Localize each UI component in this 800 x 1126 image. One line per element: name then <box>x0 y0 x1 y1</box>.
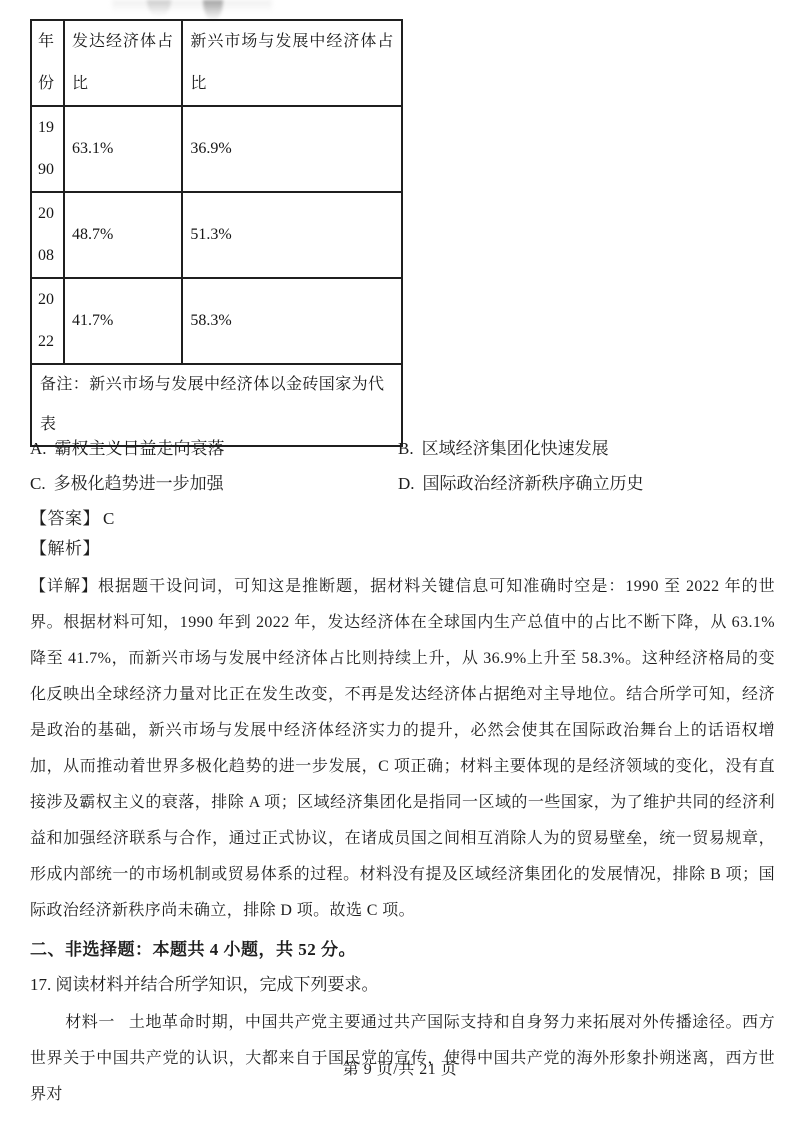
table-row: 2008 48.7% 51.3% <box>31 192 402 278</box>
options-row-1: A.霸权主义日益走向衰落 B.区域经济集团化快速发展 <box>30 437 775 472</box>
emerging-share-cell: 36.9% <box>182 106 402 192</box>
option-a: A.霸权主义日益走向衰落 <box>30 437 225 461</box>
option-d-text: 国际政治经济新秩序确立历史 <box>423 474 644 493</box>
scan-smudge-artifact <box>147 0 171 17</box>
analysis-line: 【解析】 <box>30 537 775 569</box>
option-b: B.区域经济集团化快速发展 <box>398 437 609 461</box>
page-number-footer: 第 9 页/共 21 页 <box>0 1056 800 1079</box>
option-d-label: D. <box>398 474 415 493</box>
table-row: 2022 41.7% 58.3% <box>31 278 402 364</box>
detail-tag: 【详解】 <box>30 578 98 595</box>
year-cell: 1990 <box>31 106 64 192</box>
header-emerging-share: 新兴市场与发展中经济体占比 <box>182 20 402 106</box>
header-year: 年份 <box>31 20 64 106</box>
answer-tag: 【答案】 <box>30 509 100 528</box>
header-developed-share: 发达经济体占比 <box>64 20 182 106</box>
scan-wash-artifact <box>112 0 272 13</box>
analysis-tag: 【解析】 <box>30 539 100 558</box>
year-cell: 2008 <box>31 192 64 278</box>
option-c-text: 多极化趋势进一步加强 <box>54 474 224 493</box>
developed-share-cell: 41.7% <box>64 278 182 364</box>
economies-share-table: 年份 发达经济体占比 新兴市场与发展中经济体占比 1990 63.1% 36.9… <box>30 19 403 447</box>
table-row: 1990 63.1% 36.9% <box>31 106 402 192</box>
table-note: 备注：新兴市场与发展中经济体以金砖国家为代表 <box>31 364 402 446</box>
section-heading: 二、非选择题：本题共 4 小题，共 52 分。 <box>30 935 775 969</box>
table-header-row: 年份 发达经济体占比 新兴市场与发展中经济体占比 <box>31 20 402 106</box>
option-c: C.多极化趋势进一步加强 <box>30 472 224 496</box>
option-b-label: B. <box>398 439 414 458</box>
option-c-label: C. <box>30 474 46 493</box>
option-a-label: A. <box>30 439 47 458</box>
developed-share-cell: 63.1% <box>64 106 182 192</box>
developed-share-cell: 48.7% <box>64 192 182 278</box>
question-body: A.霸权主义日益走向衰落 B.区域经济集团化快速发展 C.多极化趋势进一步加强 … <box>30 437 775 1113</box>
emerging-share-cell: 51.3% <box>182 192 402 278</box>
option-d: D.国际政治经济新秩序确立历史 <box>398 472 644 496</box>
options-row-2: C.多极化趋势进一步加强 D.国际政治经济新秩序确立历史 <box>30 472 775 507</box>
answer-value: C <box>103 509 114 528</box>
answer-line: 【答案】C <box>30 507 775 537</box>
detail-text: 根据题干设问词，可知这是推断题，据材料关键信息可知准确时空是：1990 至 20… <box>30 578 775 919</box>
year-cell: 2022 <box>31 278 64 364</box>
emerging-share-cell: 58.3% <box>182 278 402 364</box>
material-one-label: 材料一 <box>65 1014 115 1031</box>
question-17-stem: 17. 阅读材料并结合所学知识，完成下列要求。 <box>30 969 775 1005</box>
table-note-row: 备注：新兴市场与发展中经济体以金砖国家为代表 <box>31 364 402 446</box>
scan-smudge-artifact <box>203 0 223 21</box>
option-b-text: 区域经济集团化快速发展 <box>422 439 609 458</box>
detail-explanation: 【详解】根据题干设问词，可知这是推断题，据材料关键信息可知准确时空是：1990 … <box>30 569 775 929</box>
option-a-text: 霸权主义日益走向衰落 <box>55 439 225 458</box>
